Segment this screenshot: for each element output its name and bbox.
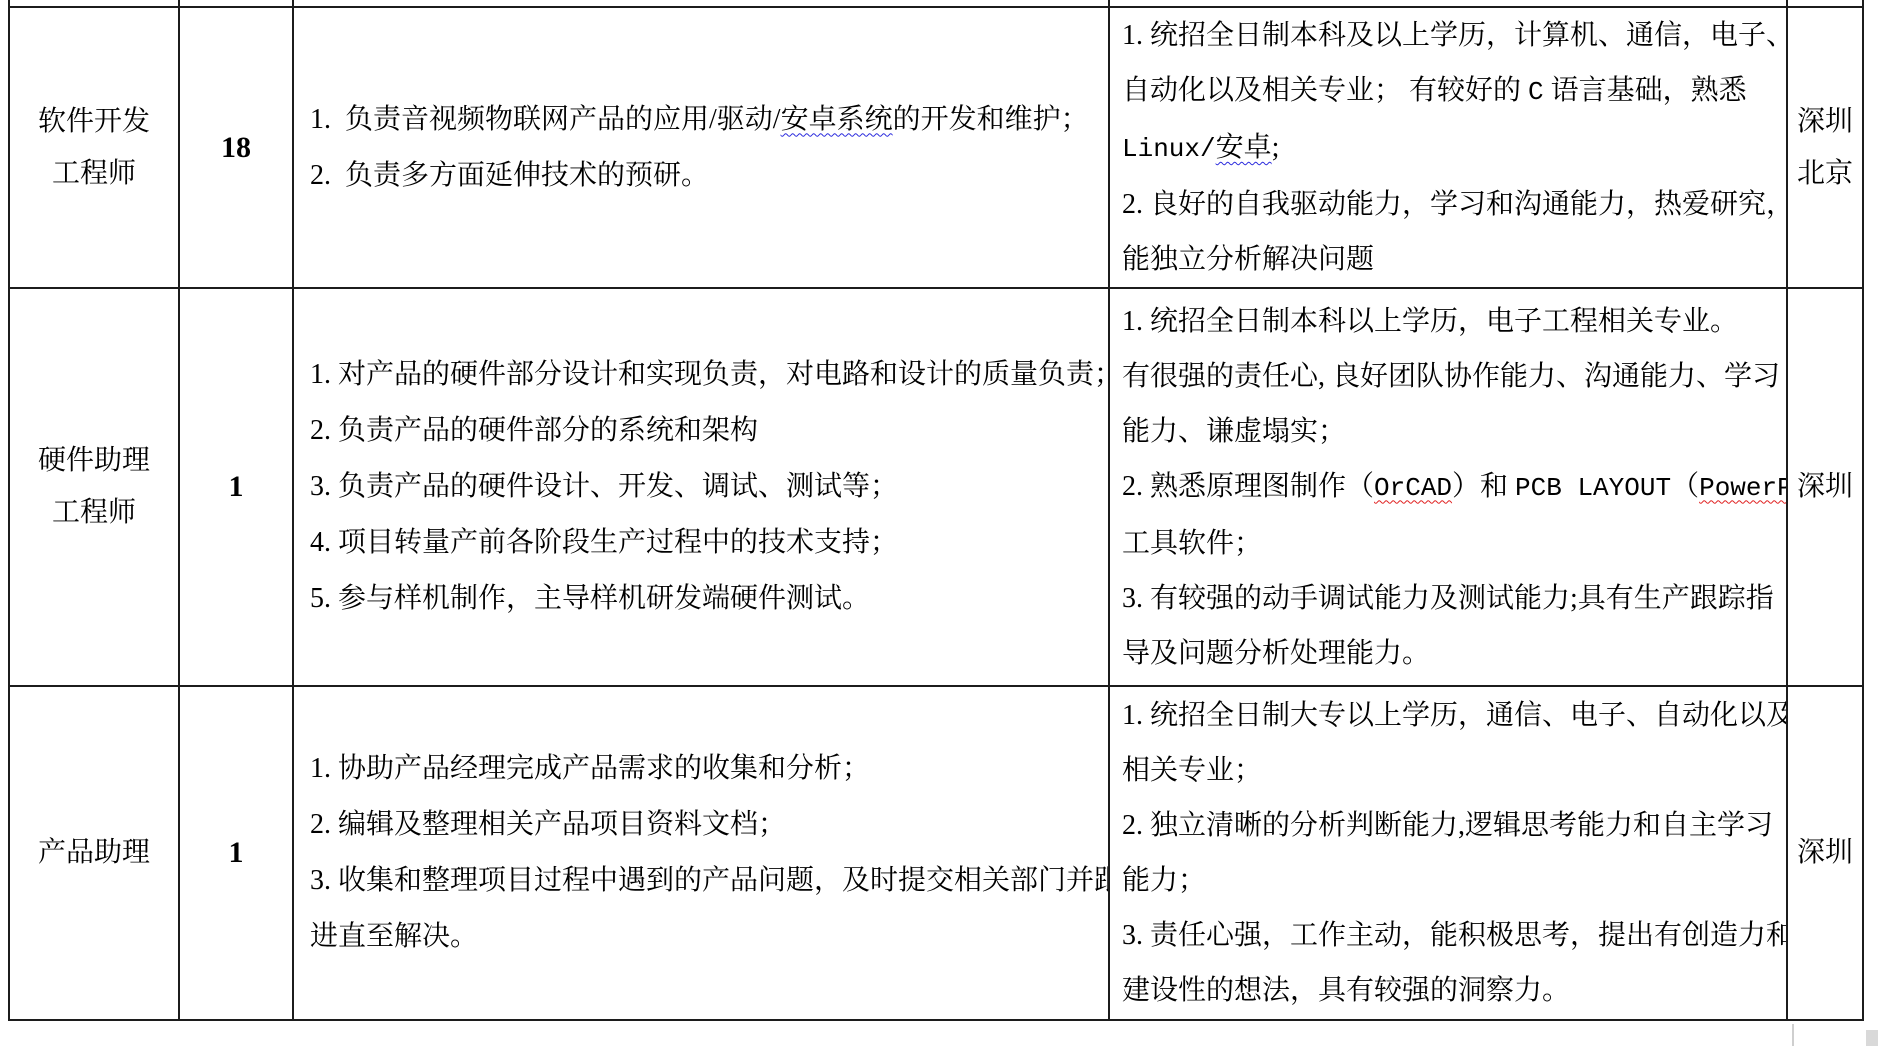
- text-segment: 4. 项目转量产前各阶段生产过程中的技术支持；: [310, 527, 898, 558]
- text-line: 2. 良好的自我驱动能力，学习和沟通能力，热爱研究，: [1122, 177, 1782, 232]
- text-segment: （: [1671, 471, 1699, 502]
- clipped-cell: [1109, 0, 1787, 7]
- text-line: 能独立分析解决问题: [1122, 232, 1782, 287]
- clipped-cell: [179, 0, 293, 7]
- text-line: 4. 项目转量产前各阶段生产过程中的技术支持；: [310, 515, 1102, 571]
- responsibilities-cell[interactable]: 1. 协助产品经理完成产品需求的收集和分析；2. 编辑及整理相关产品项目资料文档…: [293, 686, 1109, 1020]
- text-segment: 建设性的想法，具有较强的洞察力。: [1122, 975, 1570, 1006]
- clipped-cell: [1787, 0, 1863, 7]
- text-line: 1. 对产品的硬件部分设计和实现负责，对电路和设计的质量负责；: [310, 347, 1102, 403]
- text-segment: 1. 统招全日制本科及以上学历，计算机、通信，电子、: [1122, 20, 1787, 51]
- responsibilities-cell[interactable]: 1. 负责音视频物联网产品的应用/驱动/安卓系统的开发和维护；2. 负责多方面延…: [293, 7, 1109, 288]
- text-line: 1. 统招全日制本科以上学历，电子工程相关专业。: [1122, 294, 1782, 349]
- text-line: 3. 负责产品的硬件设计、开发、调试、测试等；: [310, 459, 1102, 515]
- position-cell[interactable]: 产品助理: [9, 686, 179, 1020]
- location-cell[interactable]: 深圳: [1787, 288, 1863, 686]
- table-row: 产品助理11. 协助产品经理完成产品需求的收集和分析；2. 编辑及整理相关产品项…: [9, 686, 1863, 1020]
- text-segment: 2. 负责多方面延伸技术的预研。: [310, 160, 709, 191]
- text-segment: 2. 负责产品的硬件部分的系统和架构: [310, 415, 758, 446]
- text-segment: 语言基础，熟悉: [1544, 75, 1747, 106]
- text-line: 自动化以及相关专业； 有较好的 C 语言基础，熟悉: [1122, 63, 1782, 120]
- text-line: 1. 协助产品经理完成产品需求的收集和分析；: [310, 741, 1102, 797]
- text-line: 3. 收集和整理项目过程中遇到的产品问题，及时提交相关部门并跟: [310, 853, 1102, 909]
- latin-text: Linux/: [1122, 134, 1216, 164]
- text-line: 2. 熟悉原理图制作（OrCAD）和 PCB LAYOUT（PowerPCB）: [1122, 459, 1782, 516]
- text-segment: ）和: [1452, 471, 1515, 502]
- table-guide-line: [1792, 1024, 1794, 1046]
- text-line: 有很强的责任心, 良好团队协作能力、沟通能力、学习: [1122, 349, 1782, 404]
- text-segment: 3. 责任心强，工作主动，能积极思考，提出有创造力和: [1122, 920, 1787, 951]
- position-cell[interactable]: 硬件助理工程师: [9, 288, 179, 686]
- location-line: 北京: [1788, 148, 1862, 200]
- text-line: 能力；: [1122, 853, 1782, 908]
- text-segment: 的开发和维护；: [893, 104, 1089, 135]
- text-line: 3. 有较强的动手调试能力及测试能力;具有生产跟踪指: [1122, 571, 1782, 626]
- text-segment: 1. 协助产品经理完成产品需求的收集和分析；: [310, 753, 870, 784]
- responsibilities-cell[interactable]: 1. 对产品的硬件部分设计和实现负责，对电路和设计的质量负责；2. 负责产品的硬…: [293, 288, 1109, 686]
- headcount-cell[interactable]: 18: [179, 7, 293, 288]
- location-line: 深圳: [1788, 96, 1862, 148]
- text-segment: 5. 参与样机制作，主导样机研发端硬件测试。: [310, 583, 870, 614]
- text-segment: 进直至解决。: [310, 921, 478, 952]
- position-line: 硬件助理: [10, 435, 178, 487]
- text-segment: 3. 负责产品的硬件设计、开发、调试、测试等；: [310, 471, 898, 502]
- text-line: 3. 责任心强，工作主动，能积极思考，提出有创造力和: [1122, 908, 1782, 963]
- clipped-cell: [9, 0, 179, 7]
- location-line: 深圳: [1788, 461, 1862, 513]
- table-row: 硬件助理工程师11. 对产品的硬件部分设计和实现负责，对电路和设计的质量负责；2…: [9, 288, 1863, 686]
- headcount-cell[interactable]: 1: [179, 288, 293, 686]
- job-table: 软件开发工程师181. 负责音视频物联网产品的应用/驱动/安卓系统的开发和维护；…: [8, 0, 1864, 1021]
- text-segment: 1. 统招全日制大专以上学历，通信、电子、自动化以及: [1122, 700, 1787, 731]
- page-edge-shadow: [1866, 1030, 1878, 1046]
- requirements-cell[interactable]: 1. 统招全日制本科及以上学历，计算机、通信，电子、自动化以及相关专业； 有较好…: [1109, 7, 1787, 288]
- clipped-row: [9, 0, 1863, 7]
- latin-text: C: [1528, 77, 1544, 107]
- text-line: 能力、谦虚塌实；: [1122, 404, 1782, 459]
- headcount-cell[interactable]: 1: [179, 686, 293, 1020]
- spellcheck-blue-underline: 安卓系统: [781, 104, 893, 135]
- text-segment: 1. 统招全日制本科以上学历，电子工程相关专业。: [1122, 306, 1738, 337]
- text-segment: 3. 收集和整理项目过程中遇到的产品问题，及时提交相关部门并跟: [310, 865, 1109, 896]
- text-segment: 能独立分析解决问题: [1122, 244, 1374, 275]
- text-segment: 相关专业；: [1122, 755, 1262, 786]
- text-segment: ;: [1272, 132, 1280, 163]
- text-line: 2. 负责产品的硬件部分的系统和架构: [310, 403, 1102, 459]
- text-segment: 1. 负责音视频物联网产品的应用/驱动/: [310, 104, 781, 135]
- location-cell[interactable]: 深圳北京: [1787, 7, 1863, 288]
- text-line: 导及问题分析处理能力。: [1122, 626, 1782, 681]
- position-line: 工程师: [10, 148, 178, 200]
- text-segment: 能力、谦虚塌实；: [1122, 416, 1346, 447]
- requirements-cell[interactable]: 1. 统招全日制本科以上学历，电子工程相关专业。有很强的责任心, 良好团队协作能…: [1109, 288, 1787, 686]
- text-line: 1. 统招全日制本科及以上学历，计算机、通信，电子、: [1122, 8, 1782, 63]
- spellcheck-red-underline: PowerPCB: [1699, 473, 1787, 503]
- text-line: 相关专业；: [1122, 743, 1782, 798]
- text-line: 1. 负责音视频物联网产品的应用/驱动/安卓系统的开发和维护；: [310, 92, 1102, 148]
- text-segment: 3. 有较强的动手调试能力及测试能力;具有生产跟踪指: [1122, 583, 1774, 614]
- location-cell[interactable]: 深圳: [1787, 686, 1863, 1020]
- latin-text: PCB LAYOUT: [1515, 473, 1671, 503]
- position-line: 软件开发: [10, 96, 178, 148]
- text-line: 2. 独立清晰的分析判断能力,逻辑思考能力和自主学习: [1122, 798, 1782, 853]
- location-line: 深圳: [1788, 827, 1862, 879]
- text-segment: 导及问题分析处理能力。: [1122, 638, 1430, 669]
- table-row: 软件开发工程师181. 负责音视频物联网产品的应用/驱动/安卓系统的开发和维护；…: [9, 7, 1863, 288]
- text-line: 5. 参与样机制作，主导样机研发端硬件测试。: [310, 571, 1102, 627]
- text-segment: 2. 良好的自我驱动能力，学习和沟通能力，热爱研究，: [1122, 189, 1787, 220]
- spellcheck-red-underline: OrCAD: [1374, 473, 1452, 503]
- position-cell[interactable]: 软件开发工程师: [9, 7, 179, 288]
- text-line: 工具软件；: [1122, 516, 1782, 571]
- spellcheck-blue-underline: 安卓: [1216, 132, 1272, 163]
- text-segment: 工具软件；: [1122, 528, 1262, 559]
- text-segment: 自动化以及相关专业； 有较好的: [1122, 75, 1528, 106]
- text-segment: 能力；: [1122, 865, 1206, 896]
- position-line: 工程师: [10, 487, 178, 539]
- text-segment: 2. 编辑及整理相关产品项目资料文档；: [310, 809, 786, 840]
- text-line: 建设性的想法，具有较强的洞察力。: [1122, 963, 1782, 1018]
- text-line: 进直至解决。: [310, 909, 1102, 965]
- document-page: 软件开发工程师181. 负责音视频物联网产品的应用/驱动/安卓系统的开发和维护；…: [0, 0, 1878, 1046]
- requirements-cell[interactable]: 1. 统招全日制大专以上学历，通信、电子、自动化以及相关专业；2. 独立清晰的分…: [1109, 686, 1787, 1020]
- text-line: 1. 统招全日制大专以上学历，通信、电子、自动化以及: [1122, 688, 1782, 743]
- text-segment: 2. 独立清晰的分析判断能力,逻辑思考能力和自主学习: [1122, 810, 1773, 841]
- text-segment: 有很强的责任心, 良好团队协作能力、沟通能力、学习: [1122, 361, 1780, 392]
- text-segment: 2. 熟悉原理图制作（: [1122, 471, 1374, 502]
- position-line: 产品助理: [10, 827, 178, 879]
- text-line: 2. 编辑及整理相关产品项目资料文档；: [310, 797, 1102, 853]
- text-line: 2. 负责多方面延伸技术的预研。: [310, 148, 1102, 204]
- text-line: Linux/安卓;: [1122, 120, 1782, 177]
- text-segment: 1. 对产品的硬件部分设计和实现负责，对电路和设计的质量负责；: [310, 359, 1109, 390]
- clipped-cell: [293, 0, 1109, 7]
- job-table-body: 软件开发工程师181. 负责音视频物联网产品的应用/驱动/安卓系统的开发和维护；…: [9, 0, 1863, 1020]
